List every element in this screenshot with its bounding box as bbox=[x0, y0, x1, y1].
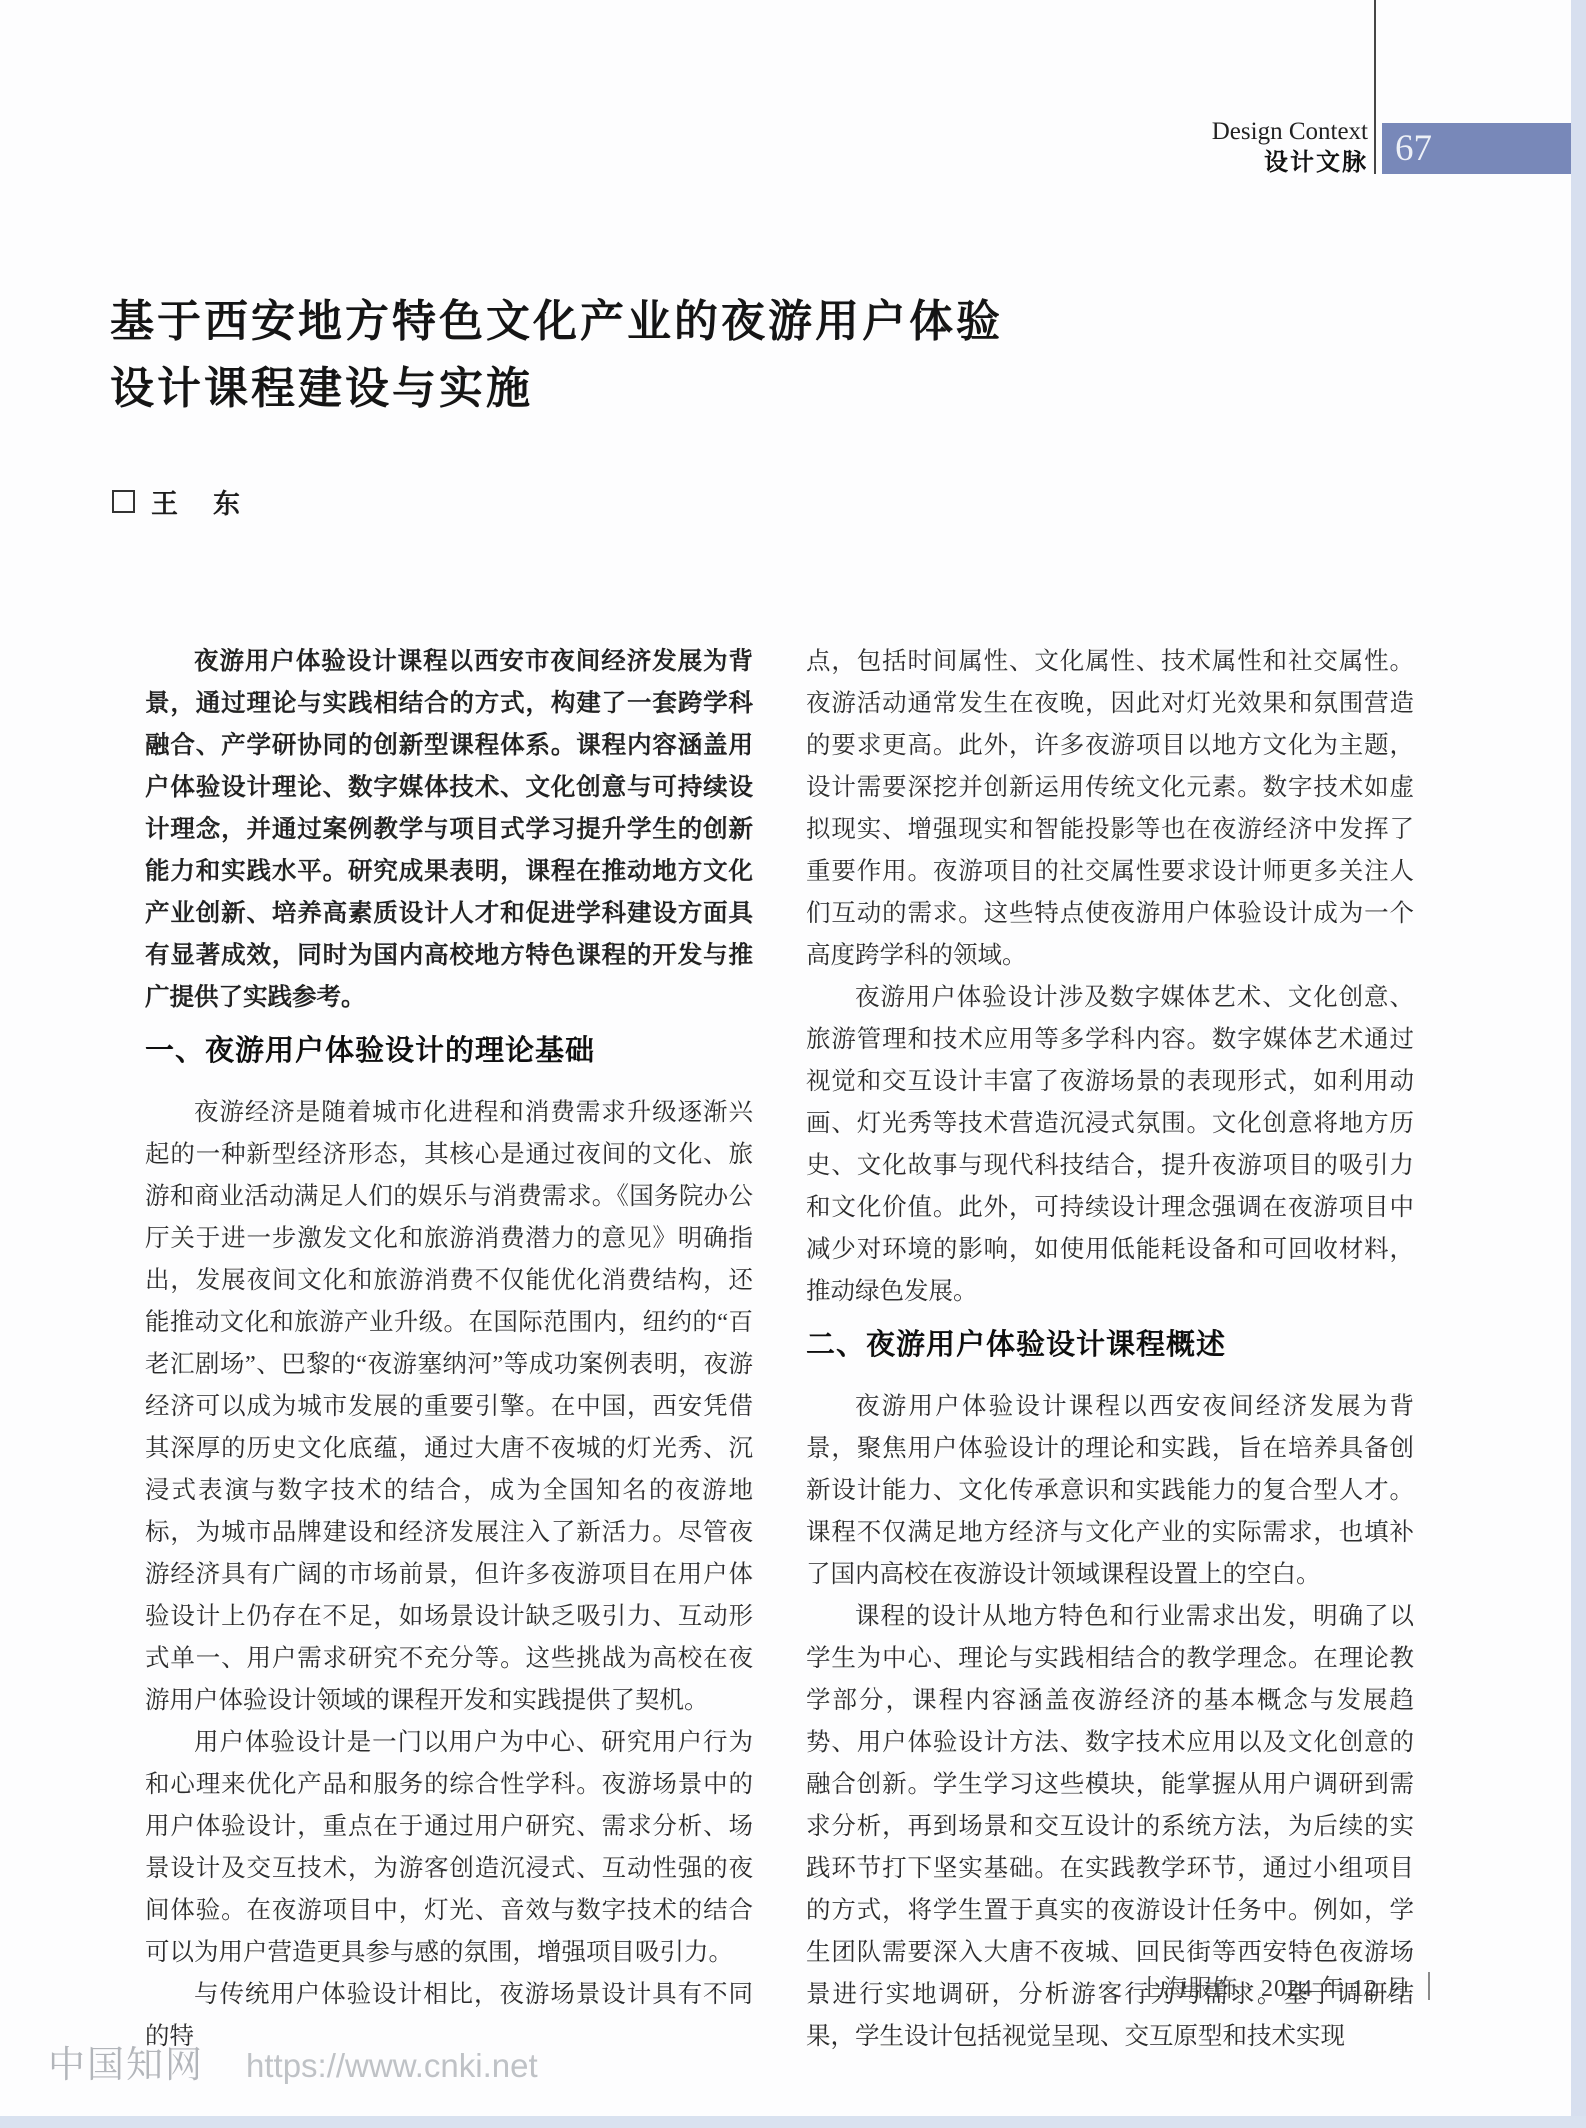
page-number-badge: 67 bbox=[1382, 123, 1571, 174]
section-heading: 二、夜游用户体验设计课程概述 bbox=[806, 1327, 1414, 1363]
article-title-line2: 设计课程建设与实施 bbox=[110, 355, 1003, 422]
body-paragraph: 夜游用户体验设计涉及数字媒体艺术、文化创意、旅游管理和技术应用等多学科内容。数字… bbox=[806, 977, 1414, 1313]
article-title: 基于西安地方特色文化产业的夜游用户体验 设计课程建设与实施 bbox=[110, 288, 1003, 422]
body-paragraph: 夜游用户体验设计课程以西安夜间经济发展为背景，聚焦用户体验设计的理论和实践，旨在… bbox=[806, 1386, 1414, 1596]
body-column-right: 点，包括时间属性、文化属性、技术属性和社交属性。夜游活动通常发生在夜晚，因此对灯… bbox=[806, 641, 1414, 2058]
scan-edge-bottom bbox=[0, 2116, 1586, 2128]
byline: 王 东 bbox=[112, 482, 244, 521]
author-name: 王 东 bbox=[151, 482, 244, 521]
section-label-zh: 设计文脉 bbox=[1212, 150, 1368, 176]
cnki-site-name: 中国知网 bbox=[48, 2034, 204, 2088]
body-paragraph: 点，包括时间属性、文化属性、技术属性和社交属性。夜游活动通常发生在夜晚，因此对灯… bbox=[806, 641, 1414, 977]
cnki-site-url: https://www.cnki.net bbox=[246, 2047, 538, 2085]
abstract-paragraph: 夜游用户体验设计课程以西安市夜间经济发展为背景，通过理论与实践相结合的方式，构建… bbox=[145, 641, 753, 1019]
header-divider-line bbox=[1374, 0, 1376, 174]
scan-edge-right bbox=[1571, 0, 1586, 2128]
section-heading: 一、夜游用户体验设计的理论基础 bbox=[145, 1033, 753, 1069]
journal-issue: 上海服饰 · 2024 年 12 月 bbox=[1138, 1968, 1410, 2003]
page-number: 67 bbox=[1382, 130, 1432, 167]
section-label-en: Design Context bbox=[1212, 118, 1368, 146]
article-title-line1: 基于西安地方特色文化产业的夜游用户体验 bbox=[110, 288, 1003, 355]
scanned-paper-page: Design Context 设计文脉 67 基于西安地方特色文化产业的夜游用户… bbox=[0, 0, 1586, 2128]
journal-footer: 上海服饰 · 2024 年 12 月 bbox=[1138, 1968, 1430, 2003]
cnki-watermark: 中国知网 https://www.cnki.net bbox=[48, 2034, 538, 2088]
body-paragraph: 夜游经济是随着城市化进程和消费需求升级逐渐兴起的一种新型经济形态，其核心是通过夜… bbox=[145, 1092, 753, 1722]
author-marker-square-icon bbox=[112, 490, 135, 513]
body-column-left: 夜游用户体验设计课程以西安市夜间经济发展为背景，通过理论与实践相结合的方式，构建… bbox=[145, 641, 753, 2058]
footer-bar-icon bbox=[1428, 1972, 1430, 2000]
body-paragraph: 用户体验设计是一门以用户为中心、研究用户行为和心理来优化产品和服务的综合性学科。… bbox=[145, 1722, 753, 1974]
column-header: Design Context 设计文脉 bbox=[1212, 118, 1368, 176]
